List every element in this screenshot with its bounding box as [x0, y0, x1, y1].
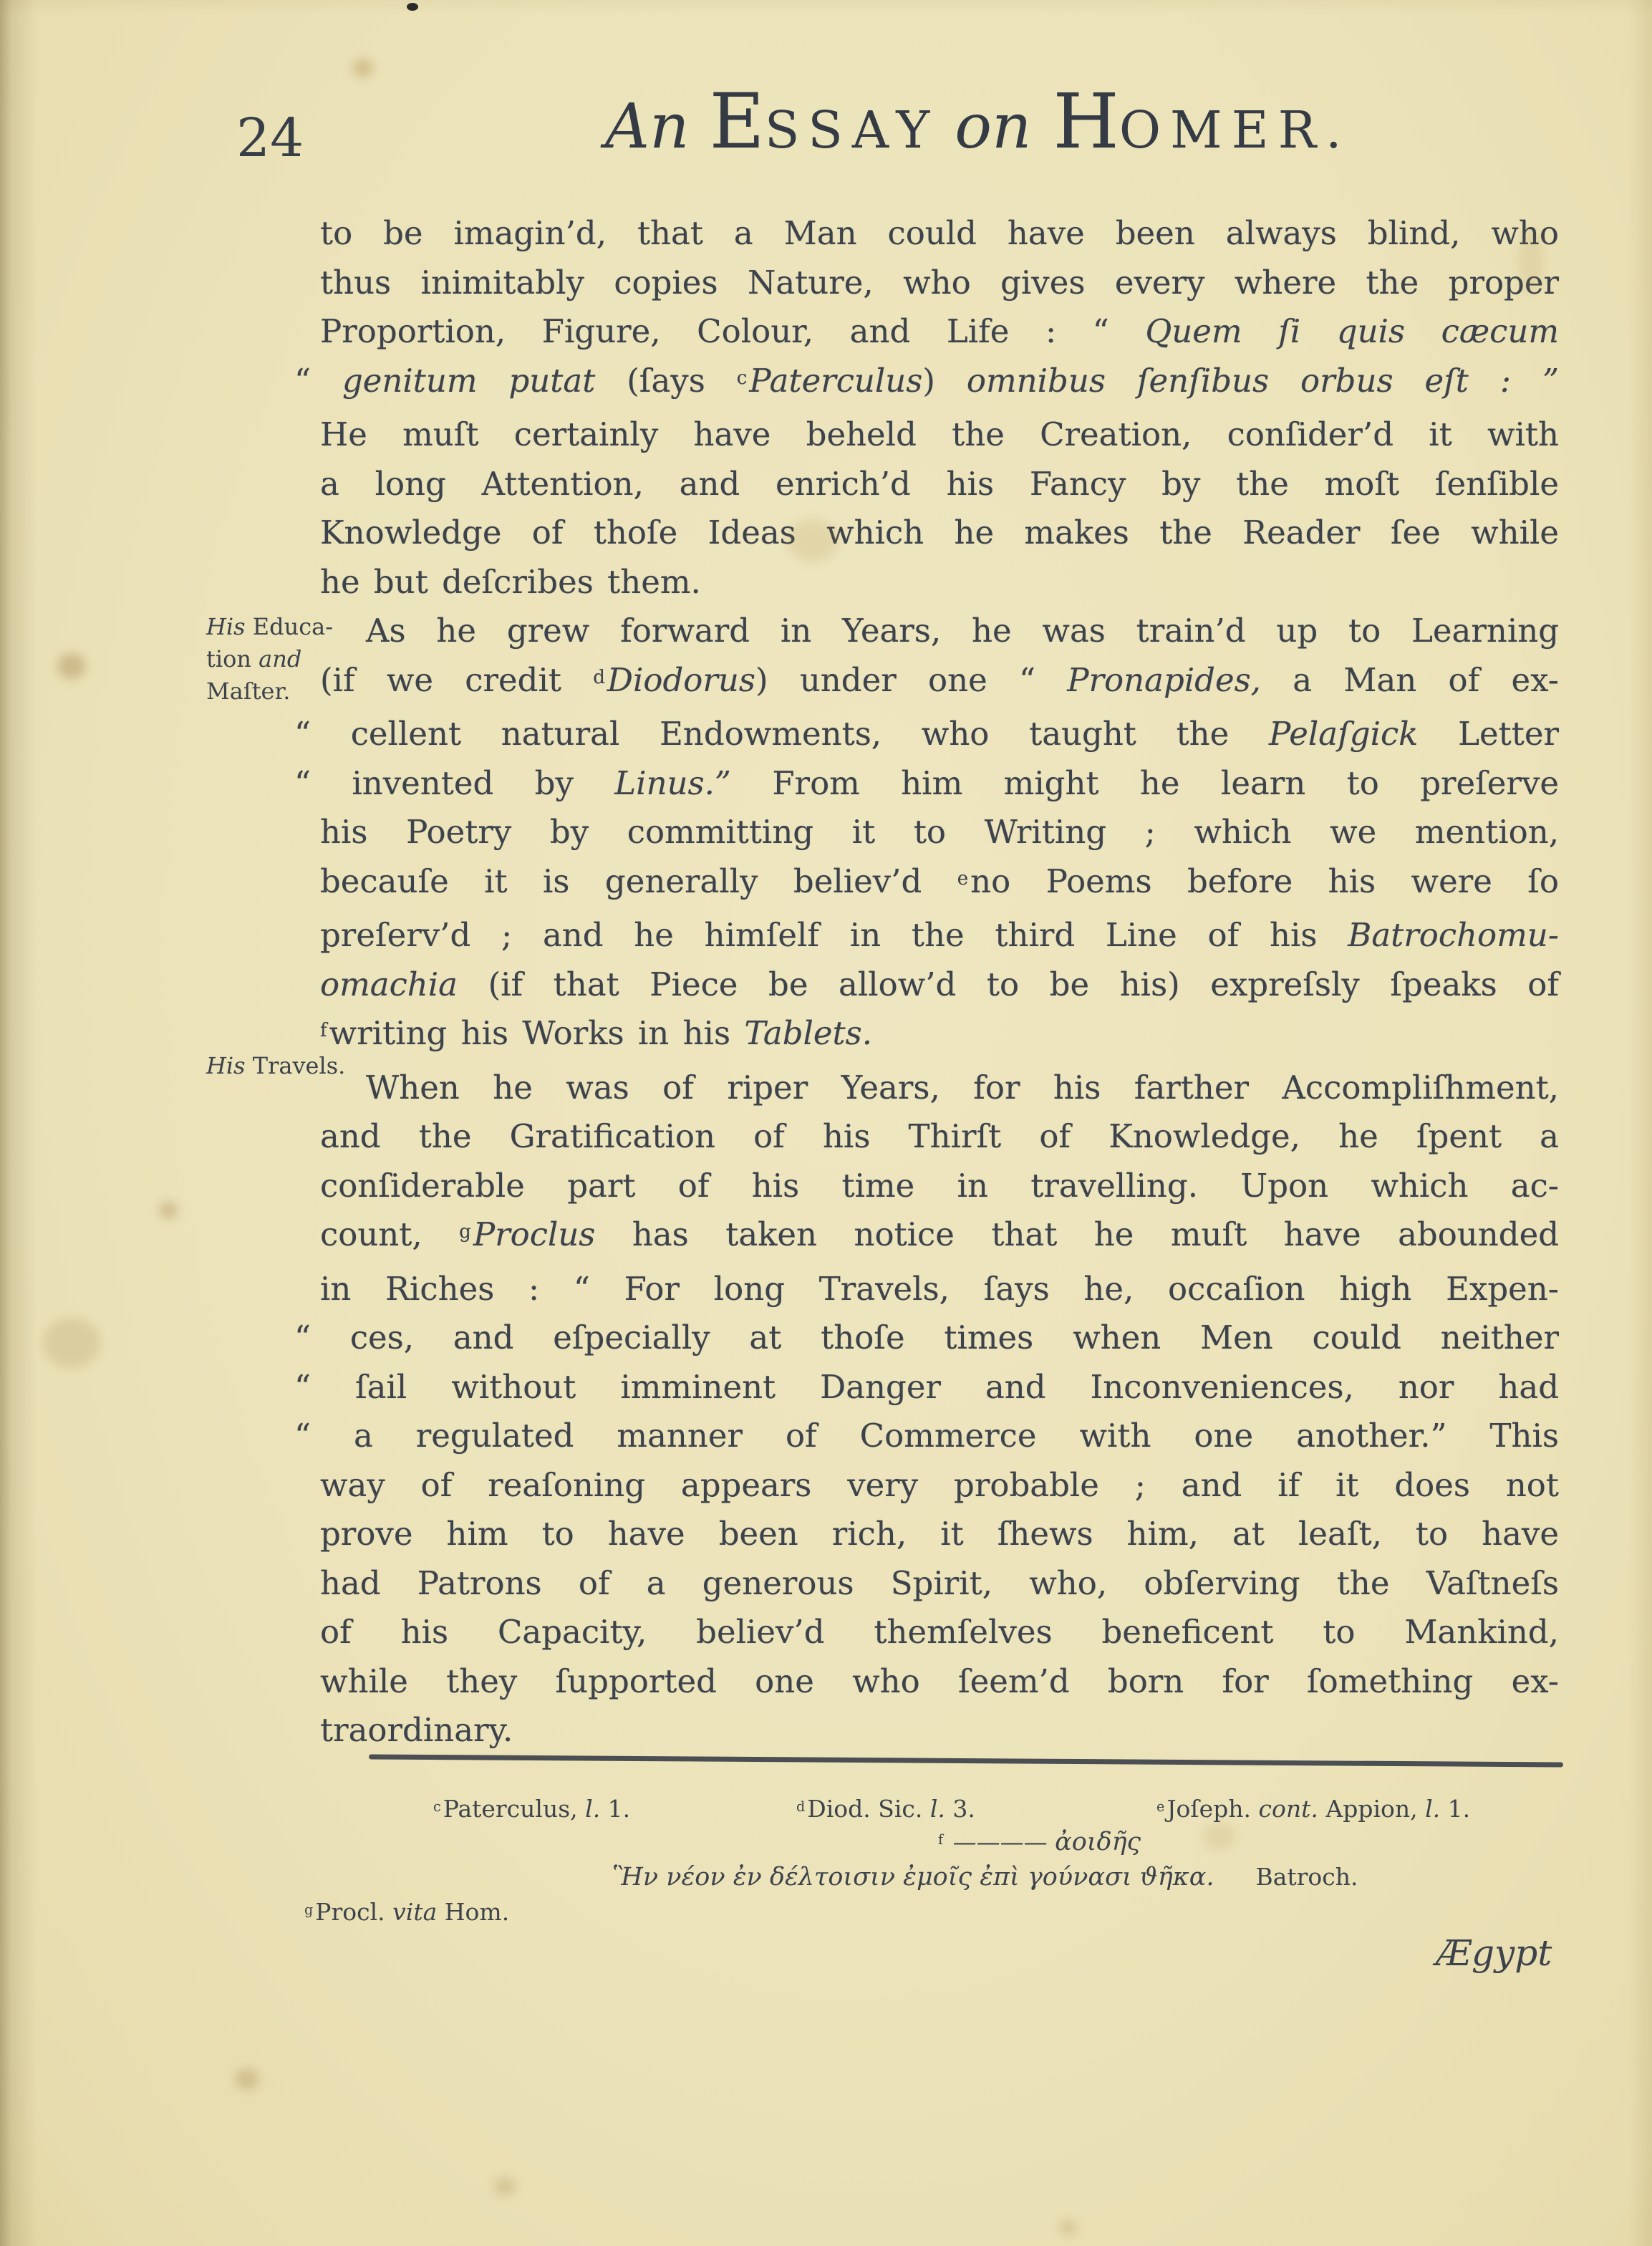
text-run: As he grew forward in Years, he was trai…: [366, 612, 1559, 650]
text-run: f: [320, 1020, 327, 1041]
text-line: Knowledge of thoſe Ideas which he makes …: [320, 509, 1559, 558]
text-run: cont.: [1259, 1795, 1318, 1823]
text-run: Diodorus: [607, 661, 755, 699]
text-run: traordinary.: [320, 1711, 513, 1749]
text-run: When he was of riper Years, for his fart…: [366, 1069, 1559, 1107]
text-run: Pelaſgick: [1269, 715, 1418, 753]
text-run: genitum putat: [342, 362, 627, 400]
foxing-spot: [159, 1202, 178, 1219]
title-word-on: on: [955, 91, 1031, 163]
text-line: “ ſail without imminent Danger and Incon…: [320, 1363, 1559, 1412]
text-line: As he grew forward in Years, he was trai…: [320, 607, 1559, 656]
title-essay-rest: SSAY: [765, 100, 939, 160]
title-homer-initial: H: [1053, 77, 1119, 165]
text-line: thus inimitably copies Nature, who gives…: [320, 259, 1559, 308]
text-run: Paterculus,: [443, 1795, 585, 1823]
text-run: ): [922, 362, 967, 400]
footnote-diodorus: dDiod. Sic. l. 3.: [796, 1795, 975, 1823]
book-page-scan: { "page": { "number": "24", "catchword":…: [0, 0, 1652, 2246]
text-run: a long Attention, and enrich’d his Fancy…: [320, 465, 1559, 503]
foxing-spot: [57, 653, 86, 679]
text-run: preſerv’d ; and he himſelf in the third …: [320, 916, 1348, 954]
text-run: ————: [945, 1828, 1055, 1856]
text-line: tion and: [206, 643, 332, 675]
title-homer-rest: OMER.: [1119, 100, 1351, 160]
text-line: “ a regulated manner of Commerce with on…: [320, 1412, 1559, 1461]
text-line: Proportion, Figure, Colour, and Life : “…: [320, 307, 1559, 357]
text-run: His: [206, 613, 246, 640]
text-line: His Travels.: [206, 1050, 332, 1082]
text-line: “ cellent natural Endowments, who taught…: [320, 710, 1559, 759]
text-run: From him might he learn to preſerve: [731, 764, 1559, 802]
text-run: d: [593, 667, 605, 688]
text-run: Diod. Sic.: [807, 1795, 930, 1823]
text-line: a long Attention, and enrich’d his Fancy…: [320, 460, 1559, 509]
text-run: “ ces, and eſpecially at thoſe times whe…: [294, 1319, 1559, 1356]
foxing-spot: [43, 1318, 100, 1368]
text-run: in Riches : “ For long Travels, ſays he,…: [320, 1270, 1559, 1308]
title-essay-initial: E: [710, 77, 765, 165]
text-line: omachia (if that Piece be allow’d to be …: [320, 960, 1559, 1010]
text-run: vita: [392, 1898, 437, 1926]
text-run: Batroch.: [1255, 1863, 1358, 1891]
text-line: He muſt certainly have beheld the Creati…: [320, 410, 1559, 460]
text-line: “ ces, and eſpecially at thoſe times whe…: [320, 1314, 1559, 1363]
text-run: and: [259, 645, 301, 673]
text-run: Joſeph.: [1166, 1795, 1258, 1823]
text-run: Appion,: [1318, 1795, 1425, 1823]
text-line: His Educa-: [206, 611, 332, 643]
text-run: Maſter.: [206, 678, 290, 705]
text-run: He muſt certainly have beheld the Creati…: [320, 415, 1559, 453]
text-run: (ſays: [627, 362, 737, 400]
ink-speck: [407, 3, 418, 11]
body-text: to be imagin’d, that a Man could have be…: [320, 209, 1559, 1755]
text-line: had Patrons of a generous Spirit, who, o…: [320, 1559, 1559, 1609]
text-run: Pronapides,: [1067, 661, 1261, 699]
text-run: conſiderable part of his time in travell…: [320, 1167, 1559, 1205]
text-line: count, gProclus has taken notice that he…: [320, 1210, 1559, 1265]
text-line: Maſter.: [206, 675, 332, 708]
text-run: and the Gratification of his Thirſt of K…: [320, 1117, 1559, 1155]
foxing-spot: [352, 59, 374, 77]
text-run: prove him to have been rich, it ſhews hi…: [320, 1515, 1559, 1553]
text-run: “: [294, 362, 342, 400]
footnote-proclus: gProcl. vita Hom.: [304, 1898, 509, 1926]
text-run: “ a regulated manner of Commerce with on…: [294, 1417, 1559, 1455]
text-run: while they ſupported one who ſeem’d born…: [320, 1662, 1559, 1700]
text-line: conſiderable part of his time in travell…: [320, 1162, 1559, 1211]
text-run: c: [737, 367, 748, 389]
text-line: When he was of riper Years, for his fart…: [320, 1064, 1559, 1113]
page-number: 24: [236, 107, 304, 169]
margin-note-education: His Educa-tion andMaſter.: [206, 611, 332, 708]
foxing-spot: [788, 519, 838, 562]
text-line: in Riches : “ For long Travels, ſays he,…: [320, 1265, 1559, 1314]
text-line: (if we credit dDiodorus) under one “ Pro…: [320, 656, 1559, 710]
text-line: “ invented by Linus.” From him might he …: [320, 759, 1559, 809]
footnote-paterculus: cPaterculus, l. 1.: [433, 1795, 630, 1823]
footnote-josephus: eJoſeph. cont. Appion, l. 1.: [1156, 1795, 1470, 1823]
text-line: preſerv’d ; and he himſelf in the third …: [320, 911, 1559, 960]
text-run: 1.: [600, 1795, 630, 1823]
text-run: to be imagin’d, that a Man could have be…: [320, 214, 1559, 252]
foxing-spot: [1203, 1823, 1236, 1850]
text-line: becauſe it is generally believ’d eno Poe…: [320, 857, 1559, 912]
text-run: tion: [206, 645, 259, 673]
text-line: fwriting his Works in his Tablets.: [320, 1009, 1559, 1064]
foxing-spot: [235, 2068, 259, 2090]
text-run: “ cellent natural Endowments, who taught…: [294, 715, 1269, 753]
text-line: prove him to have been rich, it ſhews hi…: [320, 1510, 1559, 1559]
text-run: “ ſail without imminent Danger and Incon…: [294, 1368, 1559, 1406]
text-run: ) under one “: [755, 661, 1067, 699]
text-run: has taken notice that he muſt have aboun…: [595, 1215, 1559, 1253]
text-line: his Poetry by committing it to Writing ;…: [320, 808, 1559, 857]
text-run: “ invented by: [294, 764, 614, 802]
text-run: no Poems before his were ſo: [970, 862, 1559, 900]
text-run: Hom.: [437, 1898, 509, 1926]
text-run: f: [938, 1831, 943, 1848]
text-run: Letter: [1418, 715, 1559, 753]
text-run: d: [796, 1798, 805, 1815]
text-run: way of reaſoning appears very probable ;…: [320, 1466, 1559, 1504]
text-line: way of reaſoning appears very probable ;…: [320, 1461, 1559, 1510]
text-line: he but deſcribes them.: [320, 558, 1559, 607]
text-run: g: [459, 1221, 471, 1243]
foxing-spot: [494, 2177, 516, 2196]
text-run: writing his Works in his: [329, 1014, 745, 1052]
text-run: (if that Piece be allow’d to be his) exp…: [488, 965, 1559, 1003]
foxing-spot: [1518, 229, 1544, 294]
text-run: l.: [1425, 1795, 1440, 1823]
text-line: traordinary.: [320, 1706, 1559, 1755]
text-run: omnibus ſenſibus orbus eſt : ”: [967, 362, 1559, 400]
text-run: (if we credit: [320, 661, 593, 699]
text-run: Quem ſi quis cæcum: [1145, 312, 1559, 350]
margin-note-travels: His Travels.: [206, 1050, 332, 1082]
text-line: “ genitum putat (ſays cPaterculus) omnib…: [320, 357, 1559, 411]
text-run: Linus.”: [614, 764, 731, 802]
footnote-aoides: f ———— ἀοιδῆς: [938, 1828, 1141, 1856]
text-run: g: [304, 1902, 313, 1918]
text-run: omachia: [320, 965, 488, 1003]
text-run: his Poetry by committing it to Writing ;…: [320, 813, 1559, 851]
text-run: Knowledge of thoſe Ideas which he makes …: [320, 514, 1559, 551]
text-run: 3.: [945, 1795, 975, 1823]
catchword: Ægypt: [1436, 1932, 1552, 1974]
text-run: Tablets.: [744, 1014, 872, 1052]
text-run: e: [957, 868, 968, 890]
text-run: c: [433, 1798, 441, 1815]
text-run: Batrochomu-: [1348, 916, 1559, 954]
text-run: l.: [930, 1795, 945, 1823]
text-run: l.: [585, 1795, 600, 1823]
text-run: e: [1156, 1798, 1164, 1815]
text-run: Proclus: [473, 1215, 596, 1253]
running-title: An E SSAY on H OMER.: [605, 77, 1351, 165]
text-run: count,: [320, 1215, 459, 1253]
footnote-rule: [369, 1754, 1563, 1767]
text-run: Procl.: [315, 1898, 392, 1926]
text-run: he but deſcribes them.: [320, 563, 701, 601]
text-run: thus inimitably copies Nature, who gives…: [320, 264, 1559, 302]
text-run: Ἣν νέον ἐν δέλτοισιν ἐμοῖς ἐπὶ γούνασι ϑ…: [612, 1863, 1214, 1891]
text-run: Paterculus: [749, 362, 922, 400]
footnote-batrachomyomachia: Ἣν νέον ἐν δέλτοισιν ἐμοῖς ἐπὶ γούνασι ϑ…: [612, 1863, 1358, 1891]
text-line: to be imagin’d, that a Man could have be…: [320, 209, 1559, 259]
text-run: 1.: [1440, 1795, 1470, 1823]
text-run: ἀοιδῆς: [1055, 1828, 1141, 1856]
foxing-spot: [1060, 2220, 1077, 2235]
text-line: of his Capacity, believ’d themſelves ben…: [320, 1608, 1559, 1657]
text-run: Proportion, Figure, Colour, and Life : “: [320, 312, 1145, 350]
text-line: and the Gratification of his Thirſt of K…: [320, 1112, 1559, 1162]
text-line: while they ſupported one who ſeem’d born…: [320, 1657, 1559, 1707]
title-word-an: An: [605, 91, 690, 163]
text-run: becauſe it is generally believ’d: [320, 862, 957, 900]
text-run: of his Capacity, believ’d themſelves ben…: [320, 1613, 1559, 1651]
text-run: had Patrons of a generous Spirit, who, o…: [320, 1564, 1559, 1602]
text-run: His: [206, 1052, 246, 1079]
text-run: a Man of ex-: [1261, 661, 1559, 699]
